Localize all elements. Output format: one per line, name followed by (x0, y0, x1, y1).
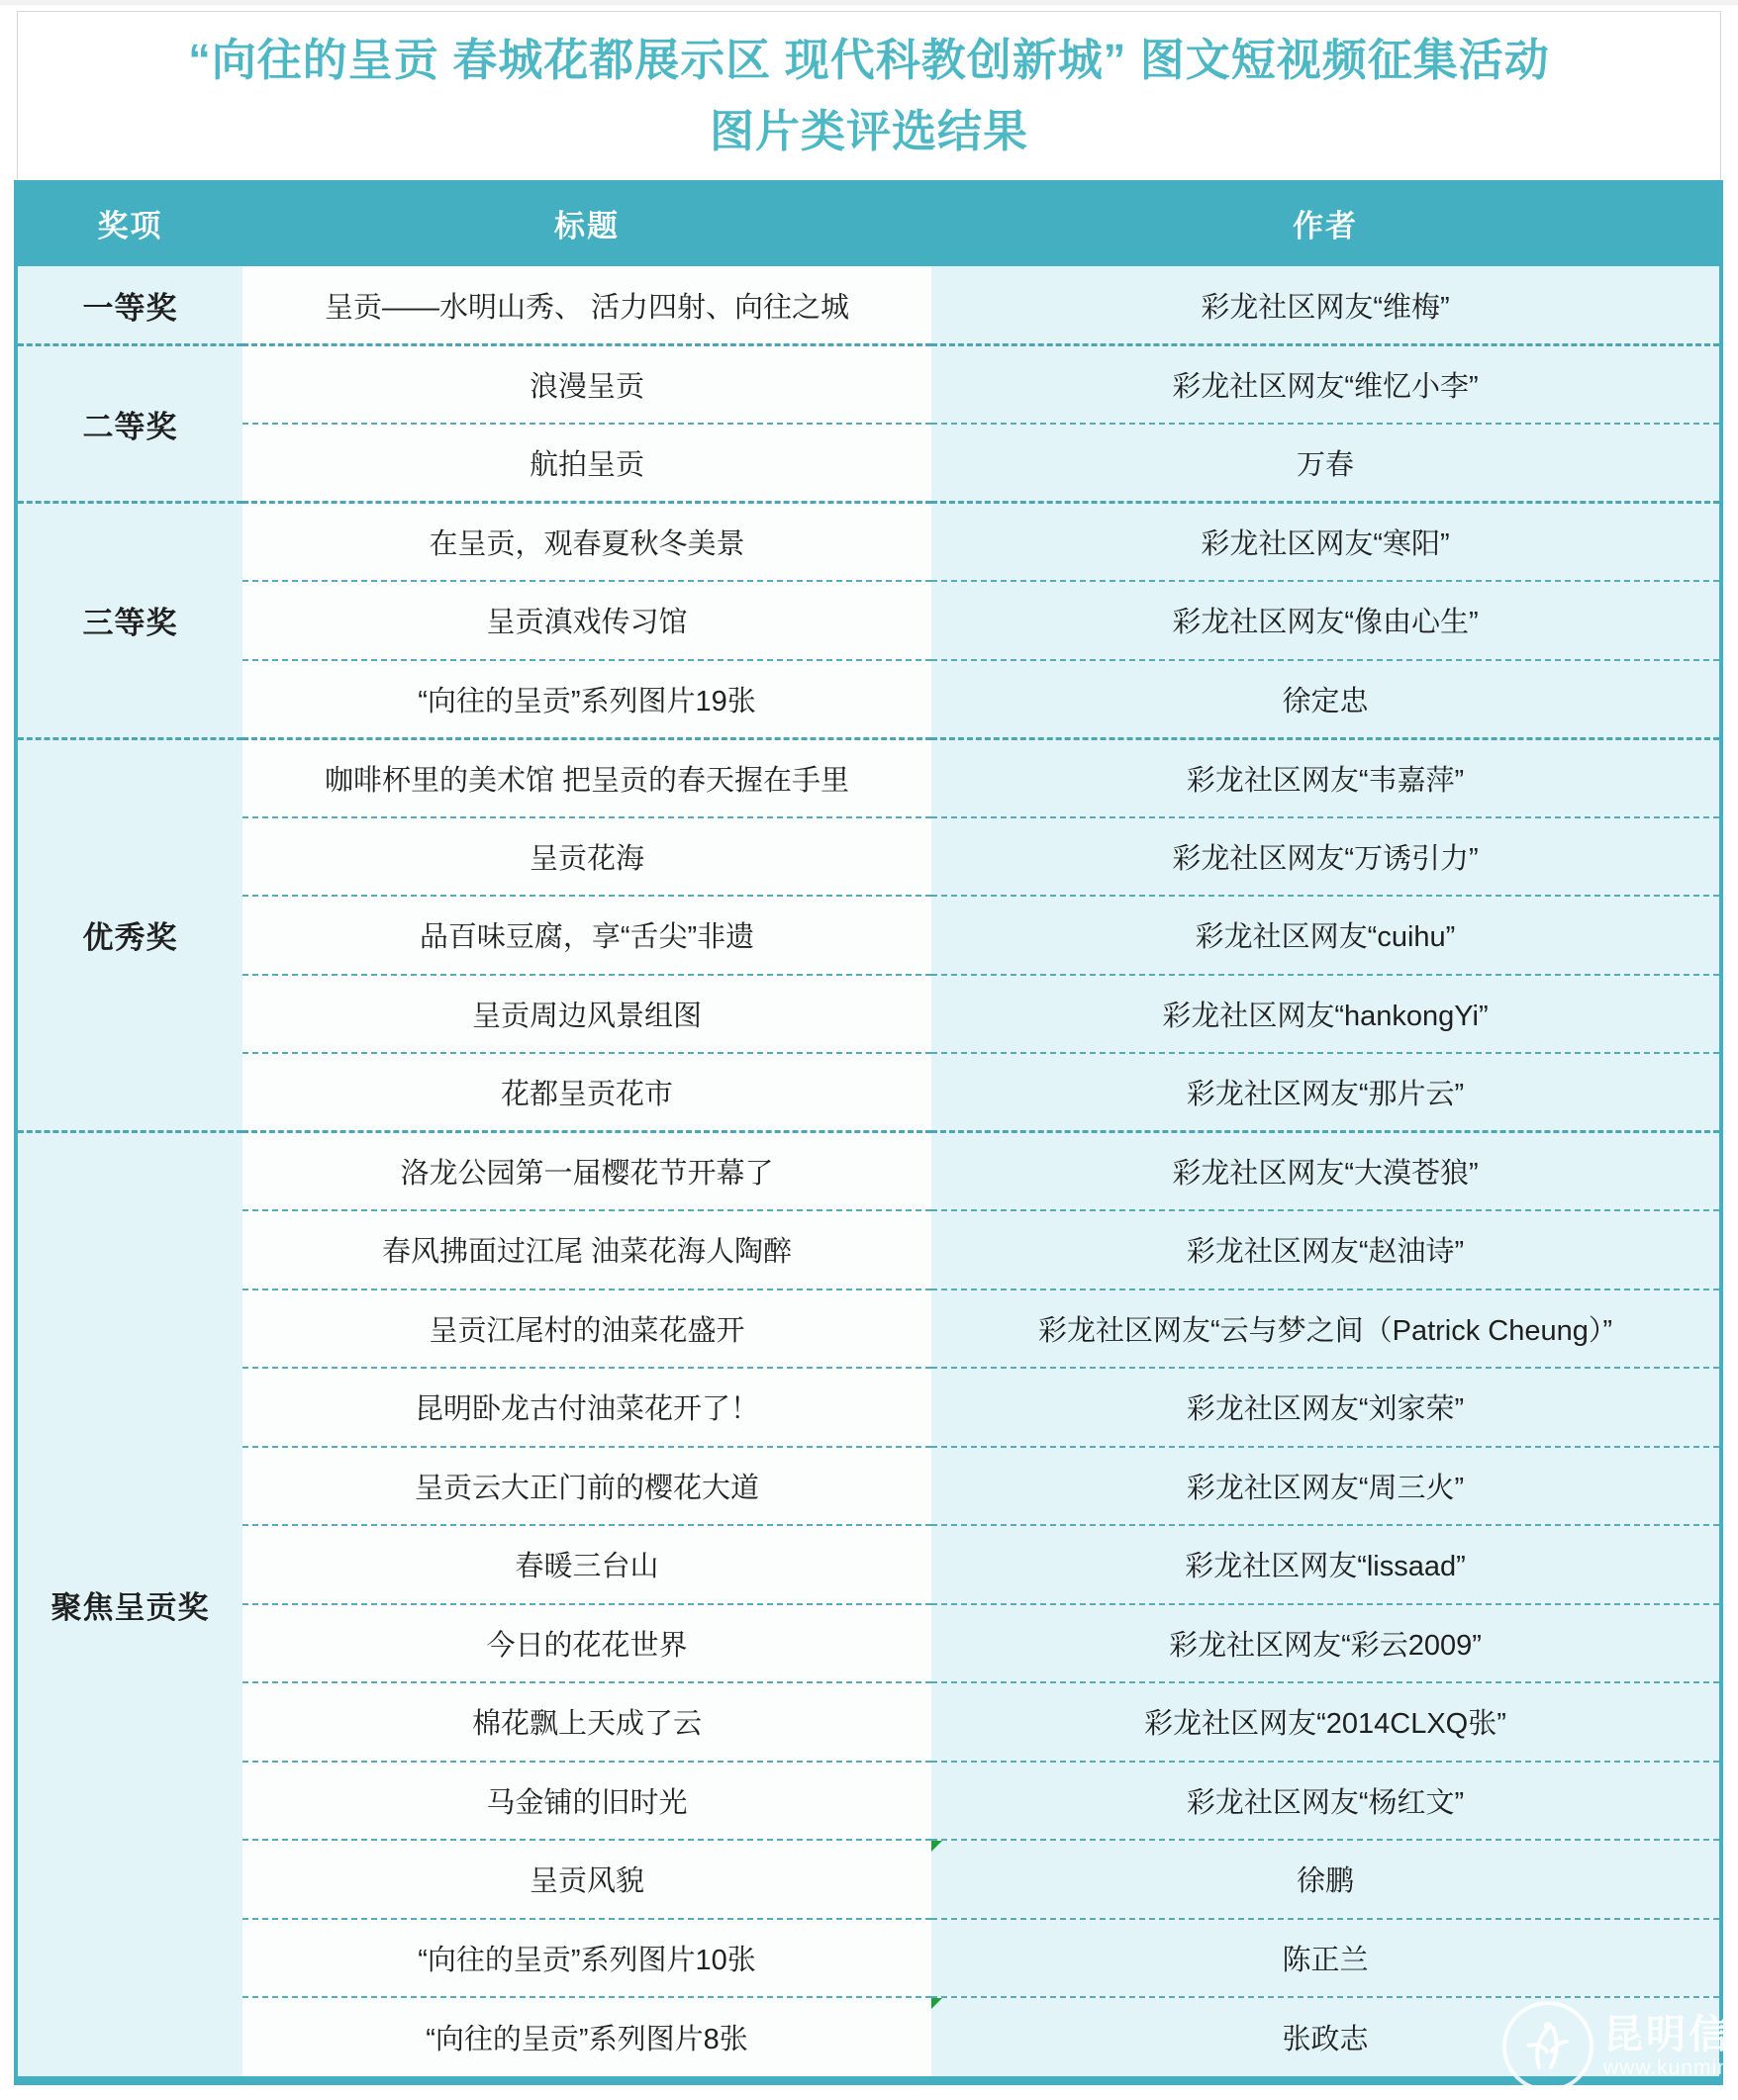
table-row: 优秀奖咖啡杯里的美术馆 把呈贡的春天握在手里彩龙社区网友“韦嘉萍” (18, 738, 1719, 817)
table-row: 今日的花花世界彩龙社区网友“彩云2009” (18, 1604, 1719, 1683)
entry-title-cell: 浪漫呈贡 (242, 345, 931, 425)
entry-title-cell: 品百味豆腐，享“舌尖”非遗 (242, 896, 931, 975)
entry-author-cell: 彩龙社区网友“维梅” (931, 266, 1719, 345)
entry-title-cell: 春风拂面过江尾 油菜花海人陶醉 (242, 1210, 931, 1289)
entry-author-cell: 万春 (931, 424, 1719, 503)
table-row: “向往的呈贡”系列图片19张徐定忠 (18, 660, 1719, 739)
results-table-header: 奖项 标题 作者 (18, 180, 1719, 266)
award-cell: 三等奖 (18, 503, 242, 739)
entry-title-cell: 花都呈贡花市 (242, 1053, 931, 1132)
entry-author-cell: 彩龙社区网友“hankongYi” (931, 975, 1719, 1054)
entry-author-cell-flagged: 张政志 (931, 1997, 1719, 2076)
entry-author-cell: 彩龙社区网友“刘家荣” (931, 1368, 1719, 1447)
table-row: 二等奖浪漫呈贡彩龙社区网友“维忆小李” (18, 345, 1719, 425)
table-row: 呈贡花海彩龙社区网友“万诱引力” (18, 817, 1719, 897)
entry-author-cell: 彩龙社区网友“寒阳” (931, 503, 1719, 582)
page-title-line-1: “向往的呈贡 春城花都展示区 现代科教创新城” 图文短视频征集活动 (188, 25, 1550, 96)
entry-author-cell: 彩龙社区网友“lissaad” (931, 1525, 1719, 1604)
entry-author-cell-flagged: 徐鹏 (931, 1840, 1719, 1919)
table-row: 呈贡江尾村的油菜花盛开彩龙社区网友“云与梦之间（Patrick Cheung）” (18, 1289, 1719, 1369)
entry-title-cell: 在呈贡，观春夏秋冬美景 (242, 503, 931, 582)
entry-author-cell: 彩龙社区网友“周三火” (931, 1447, 1719, 1526)
table-row: 品百味豆腐，享“舌尖”非遗彩龙社区网友“cuihu” (18, 896, 1719, 975)
entry-title-cell: 咖啡杯里的美术馆 把呈贡的春天握在手里 (242, 738, 931, 817)
table-row: 聚焦呈贡奖洛龙公园第一届樱花节开幕了彩龙社区网友“大漠苍狼” (18, 1132, 1719, 1211)
header-award: 奖项 (18, 180, 242, 266)
header-row: 奖项 标题 作者 (18, 180, 1719, 266)
table-row: 花都呈贡花市彩龙社区网友“那片云” (18, 1053, 1719, 1132)
entry-title-cell: “向往的呈贡”系列图片8张 (242, 1997, 931, 2076)
entry-author-cell: 彩龙社区网友“韦嘉萍” (931, 738, 1719, 817)
award-cell: 二等奖 (18, 345, 242, 503)
entry-author-cell: 彩龙社区网友“万诱引力” (931, 817, 1719, 897)
table-row: 航拍呈贡万春 (18, 424, 1719, 503)
table-row: “向往的呈贡”系列图片8张张政志 (18, 1997, 1719, 2076)
entry-title-cell: 马金铺的旧时光 (242, 1762, 931, 1841)
table-row: 呈贡周边风景组图彩龙社区网友“hankongYi” (18, 975, 1719, 1054)
entry-title-cell: 洛龙公园第一届樱花节开幕了 (242, 1132, 931, 1211)
entry-title-cell: 呈贡风貌 (242, 1840, 931, 1919)
entry-title-cell: 呈贡云大正门前的樱花大道 (242, 1447, 931, 1526)
page-title: “向往的呈贡 春城花都展示区 现代科教创新城” 图文短视频征集活动 图片类评选结… (17, 11, 1721, 180)
entry-title-cell: 呈贡花海 (242, 817, 931, 897)
entry-author-cell: 彩龙社区网友“彩云2009” (931, 1604, 1719, 1683)
entry-author-cell: 彩龙社区网友“2014CLXQ张” (931, 1682, 1719, 1762)
entry-author-cell: 彩龙社区网友“杨红文” (931, 1762, 1719, 1841)
entry-author-cell: 彩龙社区网友“云与梦之间（Patrick Cheung）” (931, 1289, 1719, 1369)
table-row: 一等奖呈贡——水明山秀、 活力四射、向往之城彩龙社区网友“维梅” (18, 266, 1719, 345)
page-top-strip (0, 0, 1738, 5)
award-cell: 聚焦呈贡奖 (18, 1132, 242, 2076)
entry-title-cell: “向往的呈贡”系列图片10张 (242, 1919, 931, 1998)
entry-author-cell: 彩龙社区网友“那片云” (931, 1053, 1719, 1132)
entry-author-cell: 彩龙社区网友“赵油诗” (931, 1210, 1719, 1289)
entry-title-cell: 呈贡——水明山秀、 活力四射、向往之城 (242, 266, 931, 345)
entry-title-cell: “向往的呈贡”系列图片19张 (242, 660, 931, 739)
table-row: 呈贡云大正门前的樱花大道彩龙社区网友“周三火” (18, 1447, 1719, 1526)
entry-title-cell: 呈贡江尾村的油菜花盛开 (242, 1289, 931, 1369)
entry-author-cell: 彩龙社区网友“cuihu” (931, 896, 1719, 975)
table-row: 呈贡滇戏传习馆彩龙社区网友“像由心生” (18, 581, 1719, 660)
table-row: 春暖三台山彩龙社区网友“lissaad” (18, 1525, 1719, 1604)
entry-title-cell: 今日的花花世界 (242, 1604, 931, 1683)
entry-title-cell: 昆明卧龙古付油菜花开了！ (242, 1368, 931, 1447)
entry-title-cell: 呈贡周边风景组图 (242, 975, 931, 1054)
entry-title-cell: 呈贡滇戏传习馆 (242, 581, 931, 660)
entry-title-cell: 棉花飘上天成了云 (242, 1682, 931, 1762)
results-table-body: 一等奖呈贡——水明山秀、 活力四射、向往之城彩龙社区网友“维梅”二等奖浪漫呈贡彩… (18, 266, 1719, 2076)
header-author: 作者 (931, 180, 1719, 266)
table-row: 呈贡风貌徐鹏 (18, 1840, 1719, 1919)
table-row: 棉花飘上天成了云彩龙社区网友“2014CLXQ张” (18, 1682, 1719, 1762)
entry-author-cell: 彩龙社区网友“维忆小李” (931, 345, 1719, 425)
page-title-line-2: 图片类评选结果 (710, 96, 1028, 167)
award-cell: 一等奖 (18, 266, 242, 345)
entry-author-cell: 陈正兰 (931, 1919, 1719, 1998)
entry-author-cell: 徐定忠 (931, 660, 1719, 739)
page: “向往的呈贡 春城花都展示区 现代科教创新城” 图文短视频征集活动 图片类评选结… (0, 0, 1738, 2100)
entry-author-cell: 彩龙社区网友“像由心生” (931, 581, 1719, 660)
entry-author-cell: 彩龙社区网友“大漠苍狼” (931, 1132, 1719, 1211)
entry-title-cell: 航拍呈贡 (242, 424, 931, 503)
results-table: 奖项 标题 作者 一等奖呈贡——水明山秀、 活力四射、向往之城彩龙社区网友“维梅… (14, 180, 1723, 2085)
table-row: 马金铺的旧时光彩龙社区网友“杨红文” (18, 1762, 1719, 1841)
header-title: 标题 (242, 180, 931, 266)
table-row: “向往的呈贡”系列图片10张陈正兰 (18, 1919, 1719, 1998)
entry-title-cell: 春暖三台山 (242, 1525, 931, 1604)
table-row: 昆明卧龙古付油菜花开了！彩龙社区网友“刘家荣” (18, 1368, 1719, 1447)
table-row: 春风拂面过江尾 油菜花海人陶醉彩龙社区网友“赵油诗” (18, 1210, 1719, 1289)
award-cell: 优秀奖 (18, 738, 242, 1132)
table-row: 三等奖在呈贡，观春夏秋冬美景彩龙社区网友“寒阳” (18, 503, 1719, 582)
